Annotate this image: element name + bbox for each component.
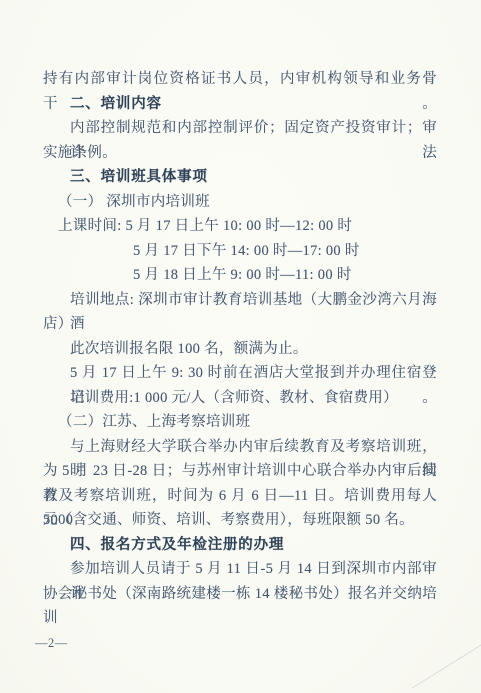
body-line: 与上海财经大学联合举办内审后续教育及考察培训班，时间 [43, 435, 437, 460]
body-line: 此次培训报名限 100 名，额满为止。 [43, 337, 437, 362]
body-line: 持有内部审计岗位资格证书人员，内审机构领导和业务骨干。 [43, 67, 437, 92]
page-number: —2— [35, 633, 68, 653]
body-line: 协会秘书处（深南路统建楼一栋 14 楼秘书处）报名并交纳培训 [43, 582, 437, 607]
subsection-title: （二）江苏、上海考察培训班 [43, 410, 437, 435]
body-line: 5 月 17 日上午 9: 30 时前在酒店大堂报到并办理住宿登记。 [43, 361, 437, 386]
body-line: 培训地点: 深圳市审计教育培训基地（大鹏金沙湾六月海酒 [43, 288, 437, 313]
class-time-line: 5 月 18 日上午 9: 00 时—11: 00 时 [43, 263, 437, 288]
body-line: 育及考察培训班，时间为 6 月 6 日—11 日。培训费用每人 5000 [43, 484, 437, 509]
body-line: 参加培训人员请于 5 月 11 日-5 月 14 日到深圳市内部审计 [43, 557, 437, 582]
class-time-line: 5 月 17 日下午 14: 00 时—17: 00 时 [43, 239, 437, 264]
body-line: 为 5 月 23 日-28 日；与苏州审计培训中心联合举办内审后续教 [43, 459, 437, 484]
body-line: 元（含交通、师资、培训、考察费用），每班限额 50 名。 [43, 508, 437, 533]
subsection-title: （一） 深圳市内培训班 [43, 190, 437, 215]
class-time-line: 上课时间: 5 月 17 日上午 10: 00 时—12: 00 时 [43, 214, 437, 239]
section-heading-3: 三、培训班具体事项 [43, 165, 437, 190]
document-body: 持有内部审计岗位资格证书人员，内审机构领导和业务骨干。 二、培训内容 内部控制规… [43, 67, 437, 606]
section-heading-4: 四、报名方式及年检注册的办理 [43, 533, 437, 558]
scan-artifact [412, 640, 481, 689]
document-page: 持有内部审计岗位资格证书人员，内审机构领导和业务骨干。 二、培训内容 内部控制规… [0, 0, 481, 693]
body-line: 店） [43, 312, 437, 337]
body-line: 内部控制规范和内部控制评价；固定资产投资审计；审计法 [43, 116, 437, 141]
body-line: 培训费用:1 000 元/人（含师资、教材、食宿费用） [43, 386, 437, 411]
